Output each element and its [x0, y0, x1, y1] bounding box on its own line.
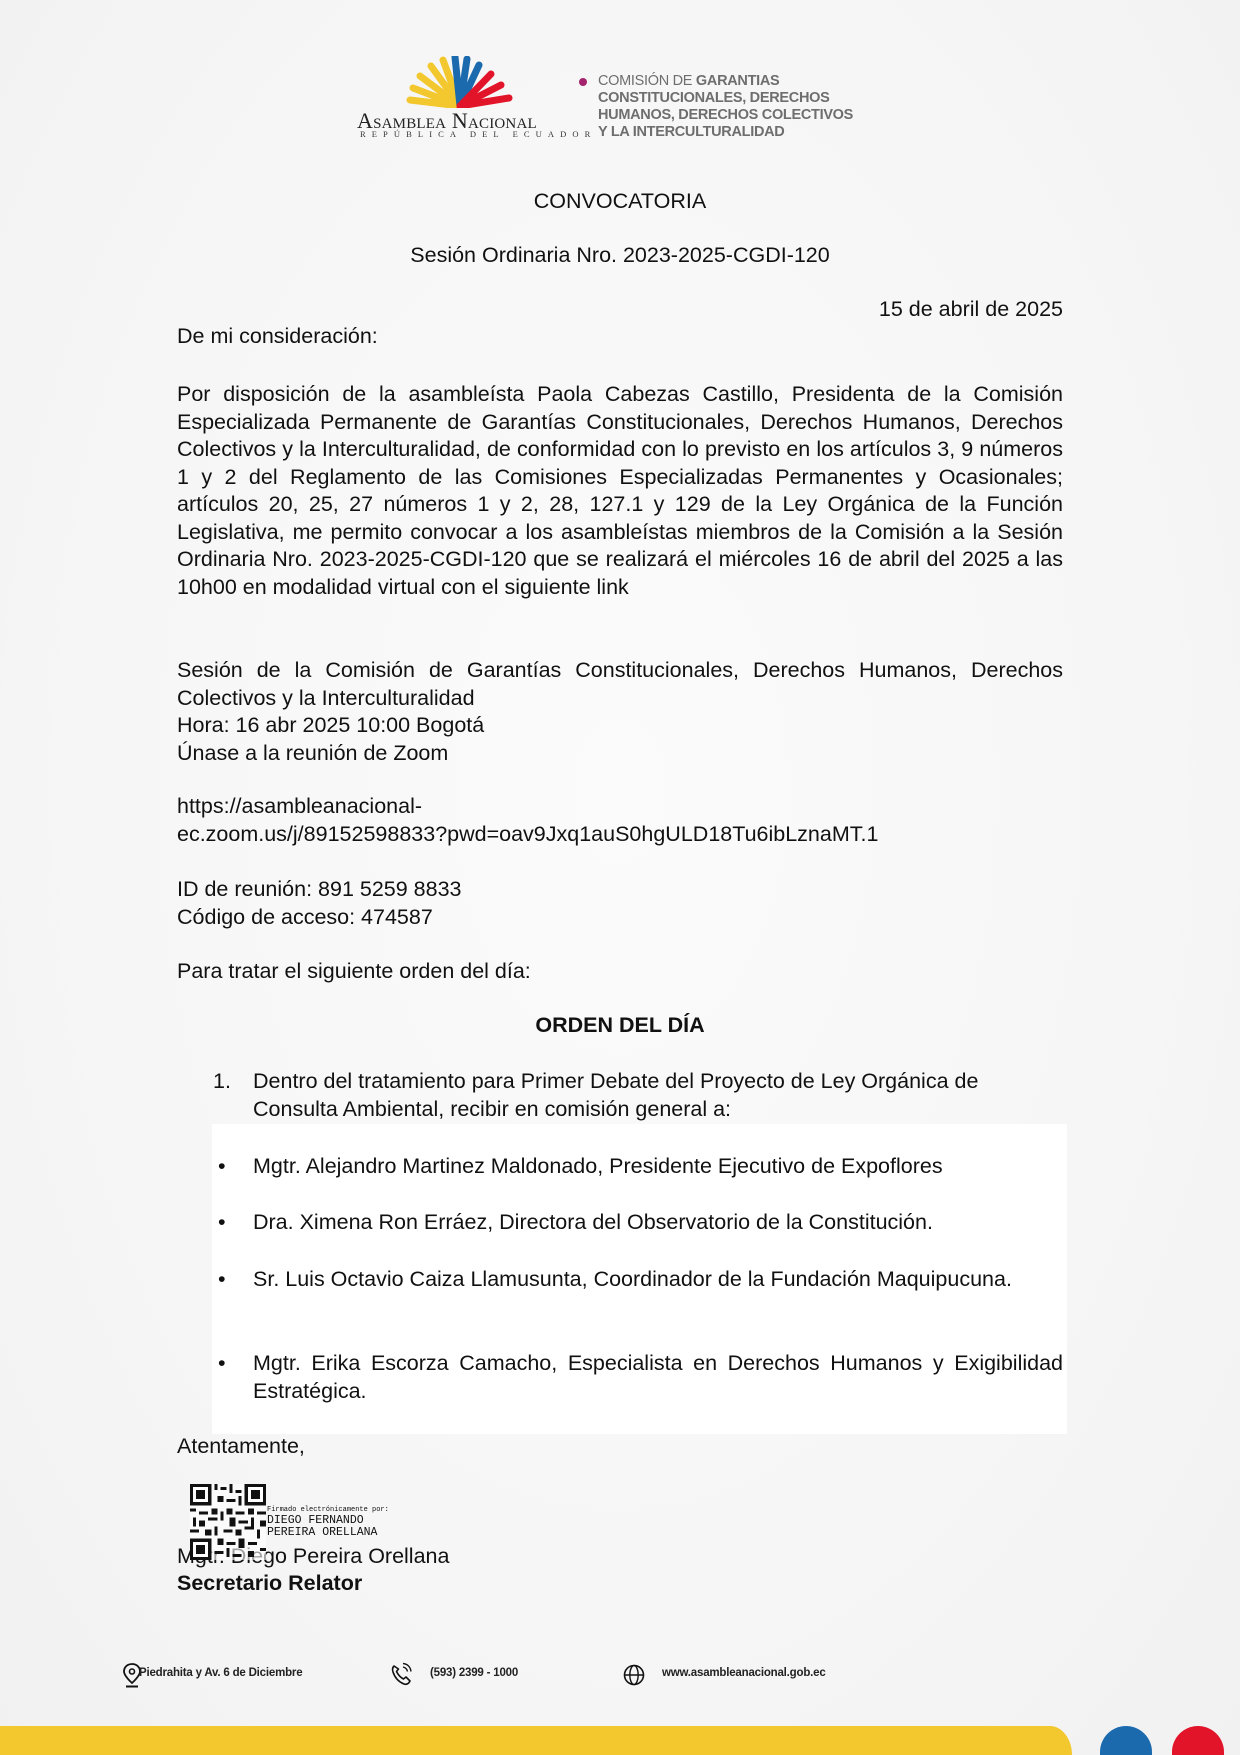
- footer-phone: (593) 2399 - 1000: [430, 1667, 518, 1679]
- footer-address: Piedrahita y Av. 6 de Diciembre: [139, 1667, 302, 1679]
- signature-qr-code-icon[interactable]: [190, 1484, 266, 1560]
- guest-list-item: • Dra. Ximena Ron Erráez, Directora del …: [213, 1209, 1063, 1237]
- commission-name: COMISIÓN DE GARANTIAS CONSTITUCIONALES, …: [598, 73, 928, 141]
- zoom-link[interactable]: https://asambleanacional- ec.zoom.us/j/8…: [177, 793, 878, 848]
- bullet-icon: •: [218, 1209, 226, 1237]
- meeting-time: Hora: 16 abr 2025 10:00 Bogotá: [177, 712, 1063, 740]
- footer-website[interactable]: www.asambleanacional.gob.ec: [662, 1667, 826, 1679]
- meeting-name: Sesión de la Comisión de Garantías Const…: [177, 657, 1063, 712]
- greeting: De mi consideración:: [177, 323, 378, 351]
- closing: Atentamente,: [177, 1433, 305, 1461]
- asamblea-logo-fan-icon: [405, 56, 515, 108]
- globe-icon: [623, 1662, 645, 1688]
- bullet-icon: •: [218, 1350, 226, 1378]
- footer-yellow-band: [0, 1726, 1072, 1755]
- commission-bullet-icon: [579, 78, 587, 86]
- signer-role: Secretario Relator: [177, 1570, 362, 1598]
- meeting-id: ID de reunión: 891 5259 8833: [177, 876, 462, 904]
- bullet-icon: •: [218, 1153, 226, 1181]
- agenda-intro: Para tratar el siguiente orden del día:: [177, 958, 531, 986]
- meeting-credentials: ID de reunión: 891 5259 8833 Código de a…: [177, 876, 462, 931]
- footer-blue-tab: [1100, 1726, 1152, 1755]
- phone-icon: [390, 1662, 412, 1688]
- document-date: 15 de abril de 2025: [879, 296, 1063, 324]
- meeting-details: Sesión de la Comisión de Garantías Const…: [177, 657, 1063, 767]
- access-code: Código de acceso: 474587: [177, 904, 462, 932]
- session-number: Sesión Ordinaria Nro. 2023-2025-CGDI-120: [177, 242, 1063, 270]
- convocation-paragraph: Por disposición de la asambleísta Paola …: [177, 381, 1063, 601]
- guest-list-item: • Mgtr. Erika Escorza Camacho, Especiali…: [213, 1350, 1063, 1405]
- agenda-title: ORDEN DEL DÍA: [177, 1012, 1063, 1040]
- agenda-item: 1. Dentro del tratamiento para Primer De…: [213, 1068, 1063, 1123]
- guest-list-item: • Sr. Luis Octavio Caiza Llamusunta, Coo…: [213, 1266, 1063, 1294]
- logo-subtitle: REPÚBLICA DEL ECUADOR: [360, 129, 570, 139]
- agenda-item-text: Dentro del tratamiento para Primer Debat…: [253, 1068, 1063, 1123]
- e-signature-name: DIEGO FERNANDO PEREIRA ORELLANA: [267, 1515, 377, 1539]
- bullet-icon: •: [218, 1266, 226, 1294]
- meeting-join-text: Únase a la reunión de Zoom: [177, 740, 1063, 768]
- guest-list-item: • Mgtr. Alejandro Martinez Maldonado, Pr…: [213, 1153, 1063, 1181]
- agenda-item-number: 1.: [213, 1068, 231, 1096]
- e-signature-label: Firmado electrónicamente por:: [267, 1506, 389, 1514]
- footer-red-tab: [1172, 1726, 1224, 1755]
- document-title: CONVOCATORIA: [177, 188, 1063, 216]
